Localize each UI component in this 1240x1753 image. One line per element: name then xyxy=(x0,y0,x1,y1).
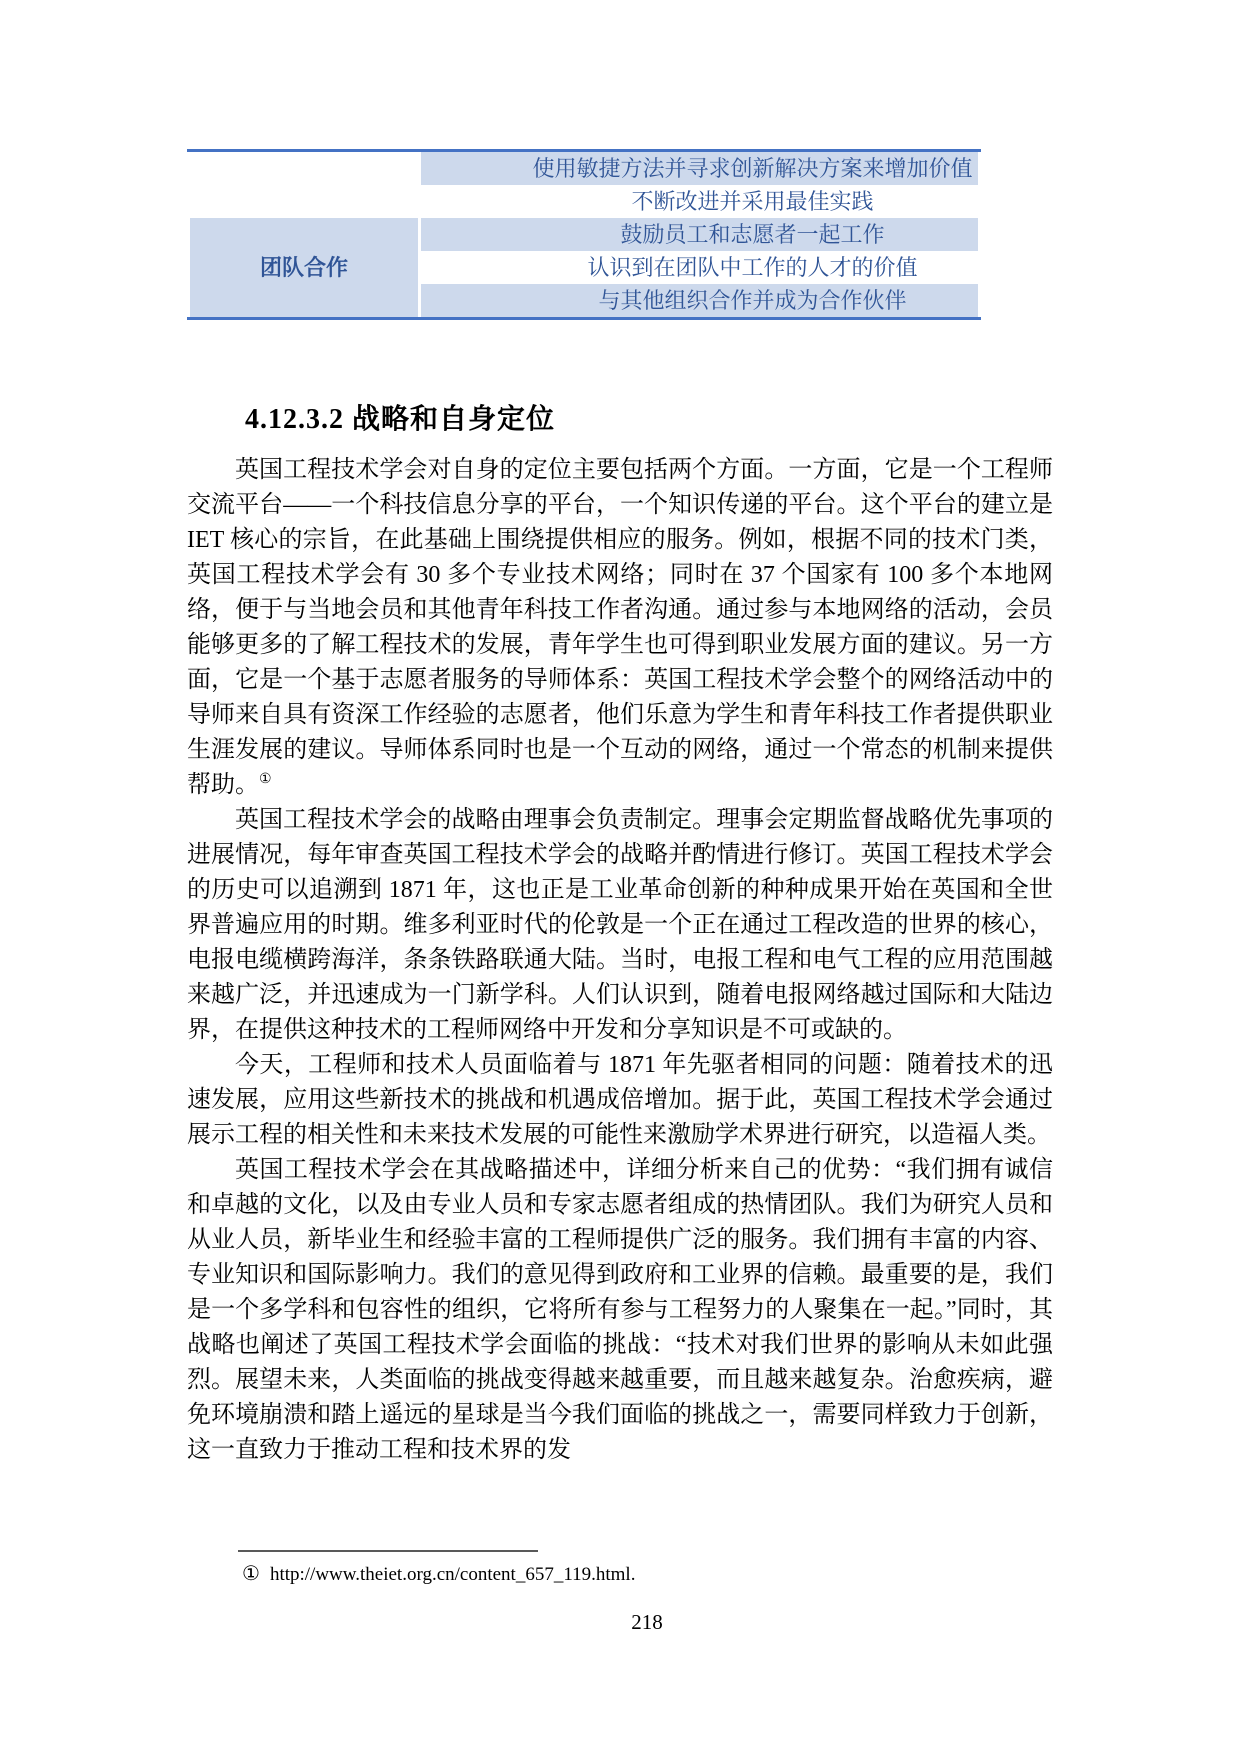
paragraph: 今天，工程师和技术人员面临着与 1871 年先驱者相同的问题：随着技术的迅速发展… xyxy=(187,1048,1053,1153)
footnote: ①http://www.theiet.org.cn/content_657_11… xyxy=(238,1550,938,1587)
table-cell: 鼓励员工和志愿者一起工作 xyxy=(421,218,978,251)
table-cell: 不断改进并采用最佳实践 xyxy=(421,185,978,218)
content-column: 使用敏捷方法并寻求创新解决方案来增加价值 不断改进并采用最佳实践 团队合作 鼓励… xyxy=(187,0,1053,1468)
footnote-separator xyxy=(238,1550,538,1552)
table-label-cell-empty xyxy=(190,152,418,218)
document-page: 使用敏捷方法并寻求创新解决方案来增加价值 不断改进并采用最佳实践 团队合作 鼓励… xyxy=(0,0,1240,1753)
footnote-reference: ① xyxy=(259,772,272,787)
footnote-url: http://www.theiet.org.cn/content_657_119… xyxy=(270,1564,636,1585)
table-label-cell: 团队合作 xyxy=(190,218,418,317)
paragraph-text: 今天，工程师和技术人员面临着与 1871 年先驱者相同的问题：随着技术的迅速发展… xyxy=(187,1052,1053,1148)
paragraph: 英国工程技术学会对自身的定位主要包括两个方面。一方面，它是一个工程师交流平台——… xyxy=(187,453,1053,803)
table-cell: 与其他组织合作并成为合作伙伴 xyxy=(421,284,978,317)
paragraph-text: 英国工程技术学会对自身的定位主要包括两个方面。一方面，它是一个工程师交流平台——… xyxy=(187,457,1053,798)
footnote-marker: ① xyxy=(242,1563,260,1585)
table-row: 使用敏捷方法并寻求创新解决方案来增加价值 xyxy=(190,152,978,185)
paragraph-text: 英国工程技术学会的战略由理事会负责制定。理事会定期监督战略优先事项的进展情况，每… xyxy=(187,807,1053,1043)
paragraph: 英国工程技术学会的战略由理事会负责制定。理事会定期监督战略优先事项的进展情况，每… xyxy=(187,803,1053,1048)
section-heading: 4.12.3.2 战略和自身定位 xyxy=(245,400,1053,440)
footnote-text: ①http://www.theiet.org.cn/content_657_11… xyxy=(238,1562,938,1587)
paragraph: 英国工程技术学会在其战略描述中，详细分析来自己的优势：“我们拥有诚信和卓越的文化… xyxy=(187,1153,1053,1468)
body-text: 英国工程技术学会对自身的定位主要包括两个方面。一方面，它是一个工程师交流平台——… xyxy=(187,453,1053,1468)
table-cell: 认识到在团队中工作的人才的价值 xyxy=(421,251,978,284)
page-number: 218 xyxy=(187,1610,1107,1635)
table-row: 团队合作 鼓励员工和志愿者一起工作 xyxy=(190,218,978,251)
table-cell: 使用敏捷方法并寻求创新解决方案来增加价值 xyxy=(421,152,978,185)
paragraph-text: 英国工程技术学会在其战略描述中，详细分析来自己的优势：“我们拥有诚信和卓越的文化… xyxy=(187,1157,1053,1463)
values-table: 使用敏捷方法并寻求创新解决方案来增加价值 不断改进并采用最佳实践 团队合作 鼓励… xyxy=(187,149,981,320)
